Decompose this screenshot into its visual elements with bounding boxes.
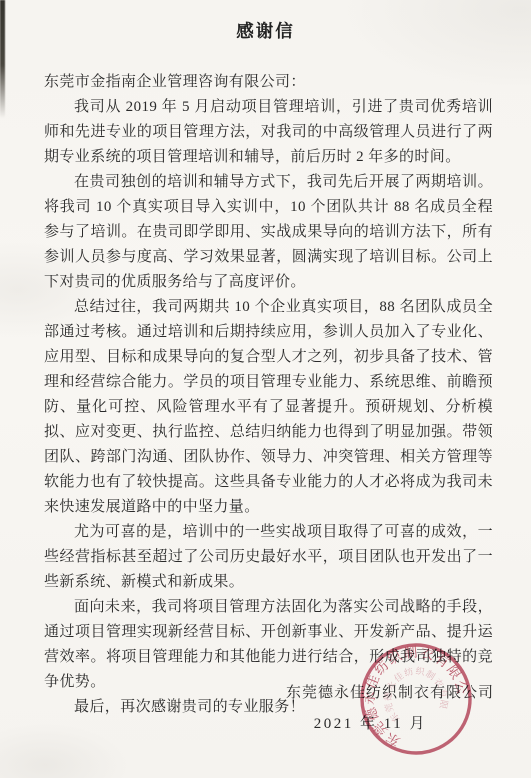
paragraph: 在贵司独创的培训和辅导方式下，我司先后开展了两期培训。将我司 10 个真实项目导… [44, 170, 493, 295]
paragraph: 尤为可喜的是，培训中的一些实战项目取得了可喜的成效，一些经营指标甚至超过了公司历… [44, 520, 493, 595]
paragraph: 总结过往，我司两期共 10 个企业真实项目，88 名团队成员全部通过考核。通过培… [44, 295, 493, 520]
scanned-letter-page: 感谢信 东莞市金指南企业管理咨询有限公司： 我司从 2019 年 5 月启动项目… [0, 0, 531, 778]
letter-title: 感谢信 [0, 18, 531, 43]
salutation: 东莞市金指南企业管理咨询有限公司： [44, 70, 493, 95]
paragraph: 我司从 2019 年 5 月启动项目管理培训，引进了贵司优秀培训师和先进专业的项… [44, 95, 493, 170]
